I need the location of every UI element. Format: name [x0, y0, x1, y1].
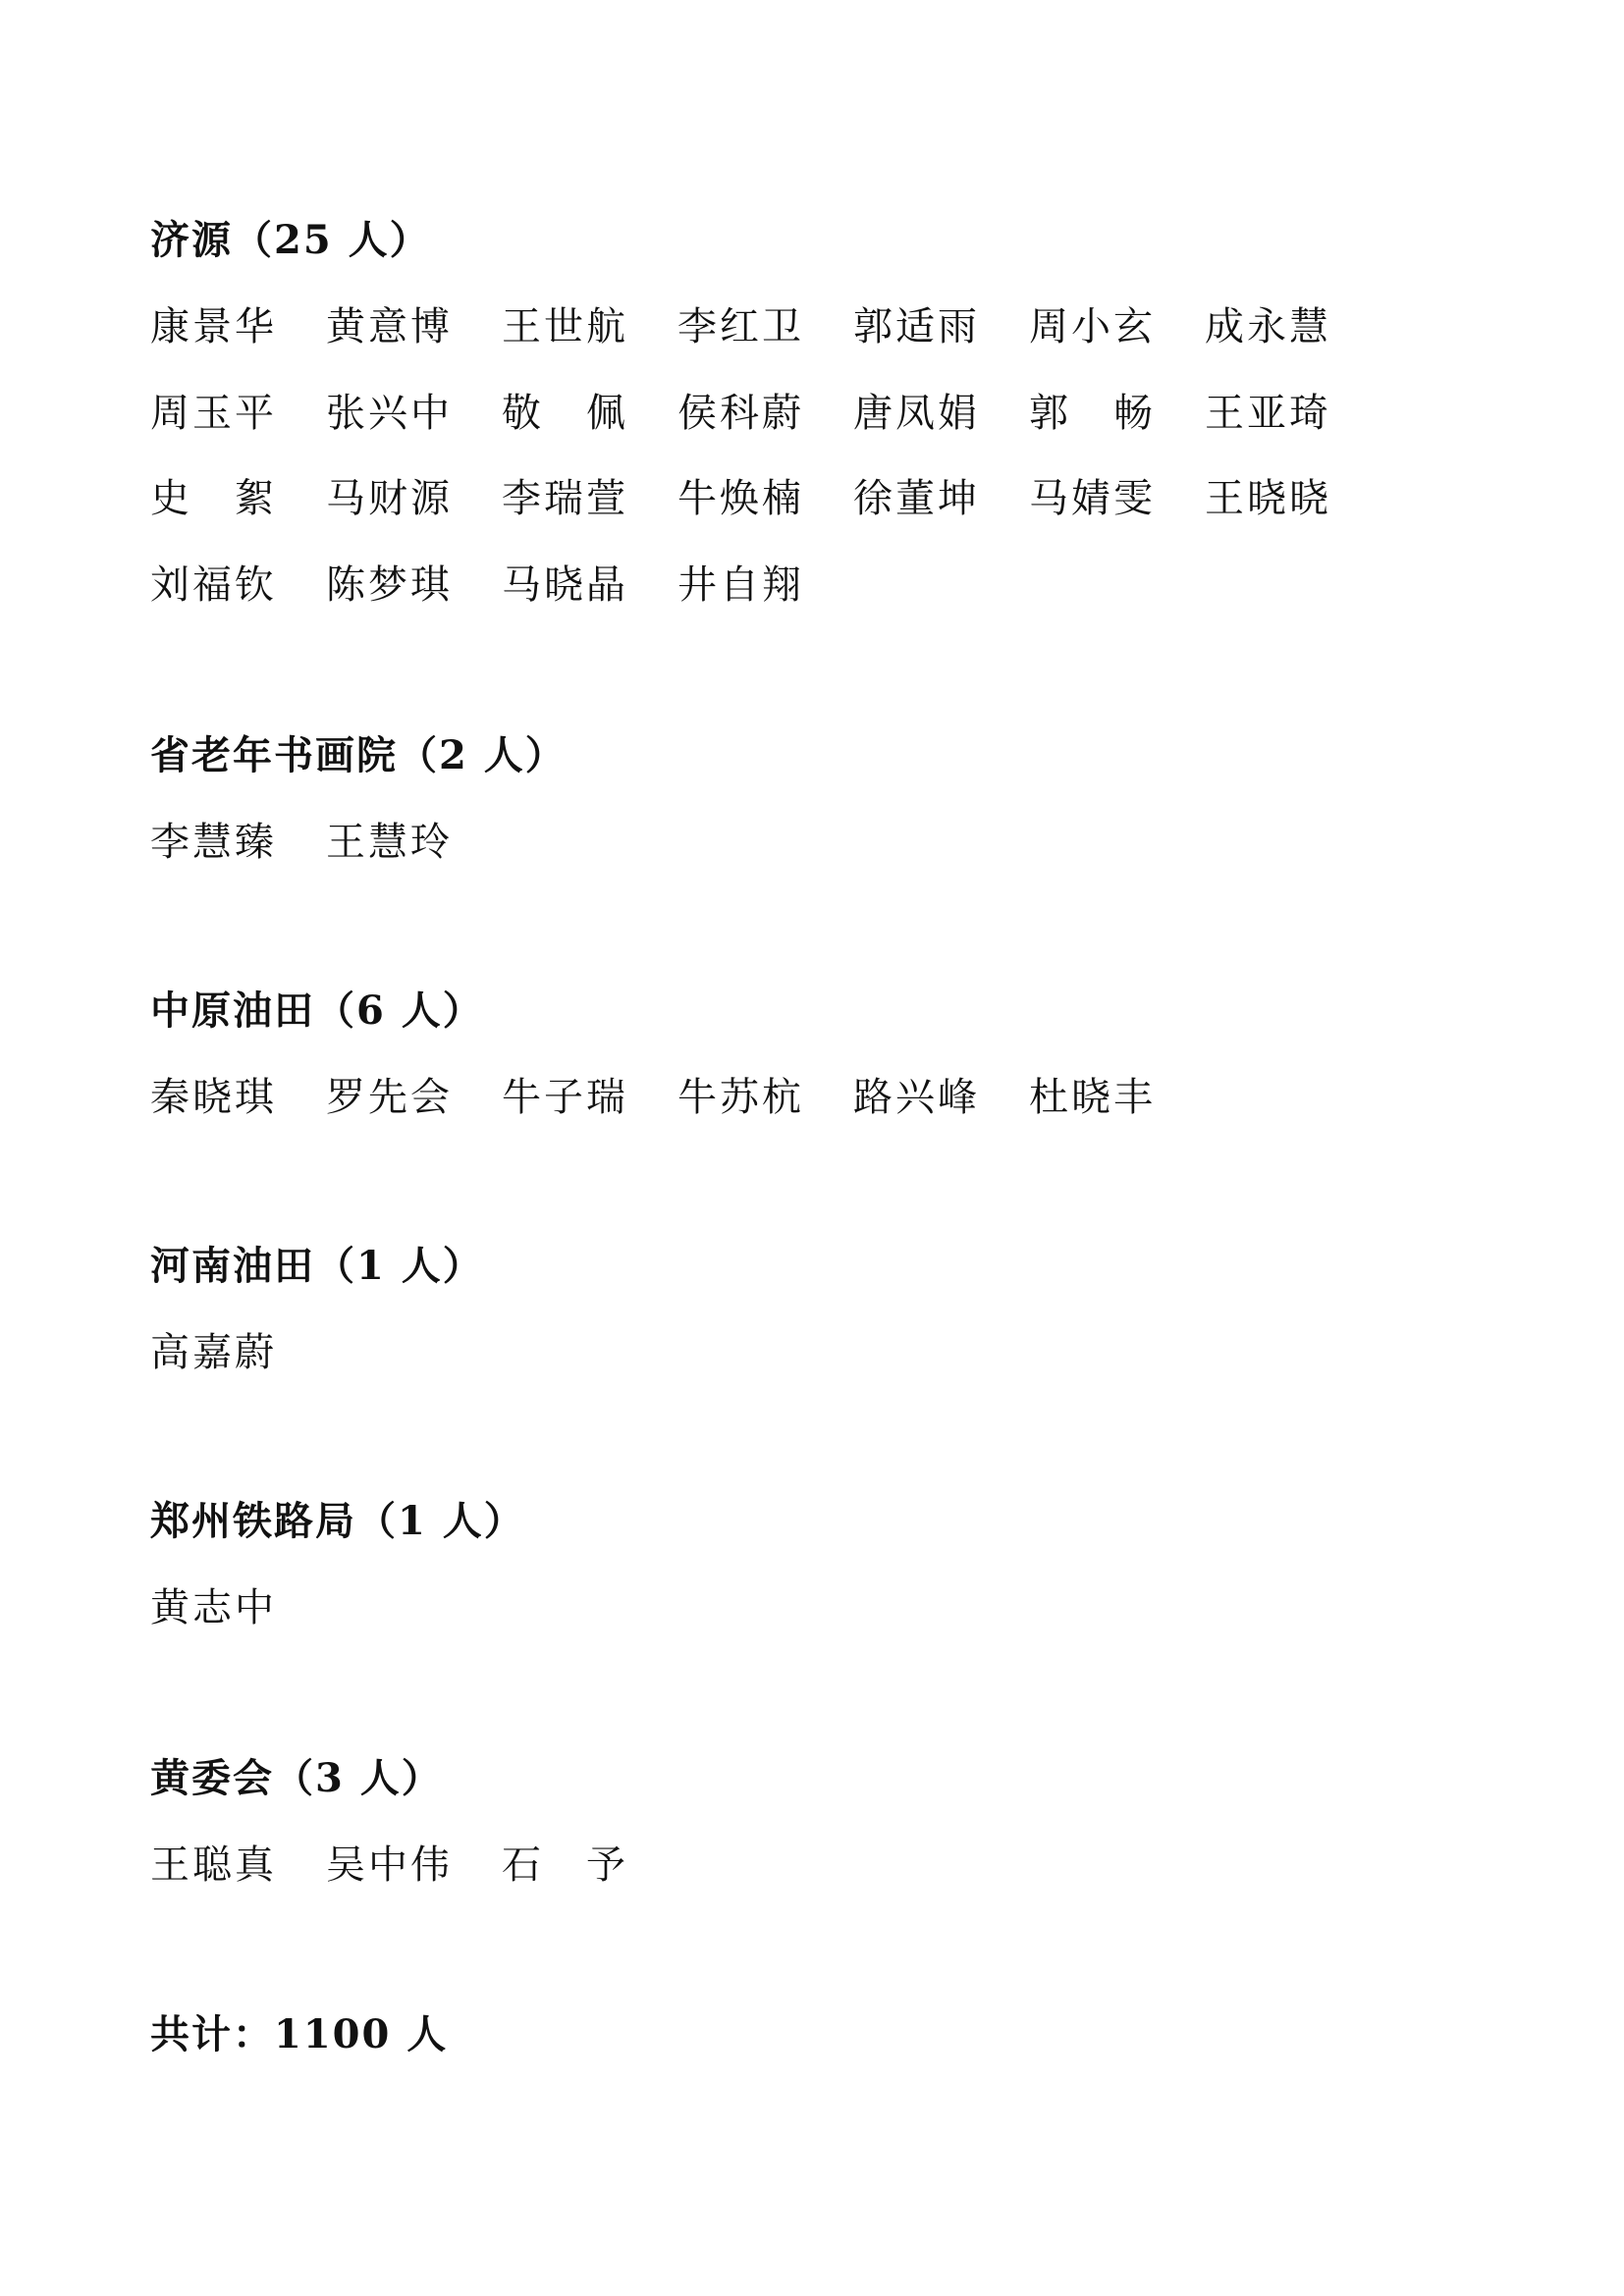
person-name: 秦晓琪: [150, 1073, 277, 1122]
person-name: 周玉平: [150, 389, 277, 438]
person-name: 牛苏杭: [677, 1073, 804, 1122]
person-name: 史 絮: [150, 474, 277, 523]
person-name: 李红卫: [677, 302, 804, 351]
person-name: 唐凤娟: [853, 389, 980, 438]
person-name: 李慧臻: [150, 818, 277, 867]
person-name: 徐董坤: [853, 474, 980, 523]
person-name: 周小玄: [1029, 302, 1156, 351]
person-name: 陈梦琪: [326, 561, 453, 610]
person-name: 王亚琦: [1205, 389, 1331, 438]
person-name: 敬 佩: [502, 389, 628, 438]
person-name: 王慧玲: [326, 818, 453, 867]
person-name: 黄意博: [326, 302, 453, 351]
person-name: 牛焕楠: [677, 474, 804, 523]
total-count: 共计：1100 人: [150, 2010, 448, 2059]
person-name: 马晓晶: [502, 561, 628, 610]
person-name: 刘福钦: [150, 561, 277, 610]
person-name: 高嘉蔚: [150, 1328, 277, 1377]
person-name: 马财源: [326, 474, 453, 523]
person-name: 侯科蔚: [677, 389, 804, 438]
person-name: 王聪真: [150, 1841, 277, 1890]
person-name: 马婧雯: [1029, 474, 1156, 523]
section-heading: 中原油田（6 人）: [150, 987, 484, 1036]
person-name: 黄志中: [150, 1583, 277, 1632]
person-name: 王晓晓: [1205, 474, 1331, 523]
person-name: 吴中伟: [326, 1841, 453, 1890]
person-name: 罗先会: [326, 1073, 453, 1122]
person-name: 成永慧: [1205, 302, 1331, 351]
person-name: 郭适雨: [853, 302, 980, 351]
person-name: 牛子瑞: [502, 1073, 628, 1122]
person-name: 郭 畅: [1029, 389, 1156, 438]
person-name: 李瑞萱: [502, 474, 628, 523]
section-heading: 黄委会（3 人）: [150, 1754, 443, 1803]
person-name: 王世航: [502, 302, 628, 351]
person-name: 康景华: [150, 302, 277, 351]
section-heading: 郑州铁路局（1 人）: [150, 1497, 525, 1546]
section-heading: 省老年书画院（2 人）: [150, 731, 567, 780]
person-name: 杜晓丰: [1029, 1073, 1156, 1122]
person-name: 井自翔: [677, 561, 804, 610]
section-heading: 济源（25 人）: [150, 216, 431, 265]
section-heading: 河南油田（1 人）: [150, 1242, 484, 1291]
person-name: 石 予: [502, 1841, 628, 1890]
person-name: 路兴峰: [853, 1073, 980, 1122]
person-name: 张兴中: [326, 389, 453, 438]
